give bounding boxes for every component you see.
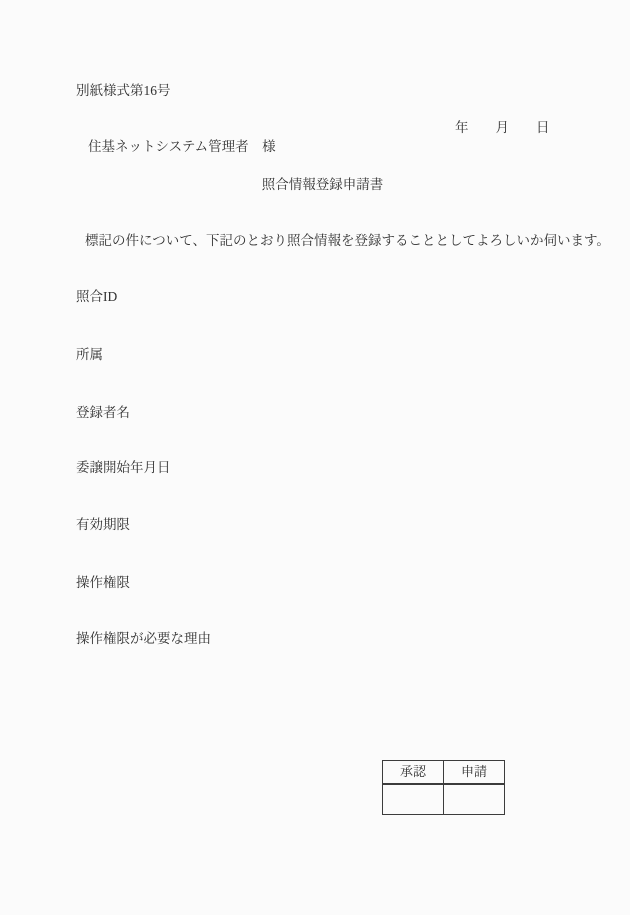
date-line: 年 月 日 <box>455 119 550 138</box>
field-label-reason-for-operation-authority: 操作権限が必要な理由 <box>76 630 211 649</box>
addressee-line: 住基ネットシステム管理者 様 <box>88 138 276 157</box>
field-label-operation-authority: 操作権限 <box>76 574 130 593</box>
field-label-delegation-start-date: 委譲開始年月日 <box>76 459 171 478</box>
approval-stamp-table: 承認 申請 <box>382 760 505 815</box>
field-label-verification-id: 照合ID <box>76 288 117 307</box>
approval-table-stamp-row <box>383 784 505 815</box>
approval-table-header-row: 承認 申請 <box>383 761 505 785</box>
approval-header-cell: 承認 <box>383 761 444 785</box>
field-label-department: 所属 <box>76 346 103 365</box>
body-text: 標記の件について、下記のとおり照合情報を登録することとしてよろしいか伺います。 <box>85 232 610 251</box>
field-label-validity-period: 有効期限 <box>76 516 130 535</box>
document-page: 別紙様式第16号 年 月 日 住基ネットシステム管理者 様 照合情報登録申請書 … <box>0 0 630 915</box>
form-number: 別紙様式第16号 <box>76 82 171 101</box>
application-stamp-cell <box>444 784 505 815</box>
field-label-registrant-name: 登録者名 <box>76 404 130 423</box>
approval-stamp-cell <box>383 784 444 815</box>
document-title: 照合情報登録申請書 <box>0 176 630 195</box>
application-header-cell: 申請 <box>444 761 505 785</box>
